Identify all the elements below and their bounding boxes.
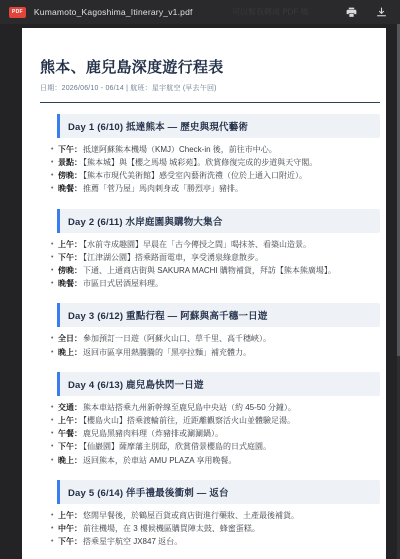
itinerary-item: •下午：【仙巖園】薩摩藩主別邸，欣賞借景櫻島的日式庭園。 bbox=[51, 440, 380, 453]
item-text: 下午：搭乘星宇航空 JX847 返台。 bbox=[58, 535, 182, 548]
day-5-header: Day 5 (6/14) 伴手禮最後衝刺 — 返台 bbox=[57, 480, 380, 504]
download-icon bbox=[375, 6, 388, 19]
item-label: 全日： bbox=[58, 334, 82, 343]
pdf-page: 熊本、鹿兒島深度遊行程表 日期：2026/06/10 - 06/14 | 航班：… bbox=[22, 28, 386, 559]
item-text: 晚上：返回熊本，於車站 AMU PLAZA 享用晚餐。 bbox=[58, 454, 236, 467]
item-body: 下通、上通商店街與 SAKURA MACHI 購物補貨，拜訪【熊本熊廣場】。 bbox=[83, 266, 336, 275]
bullet-icon: • bbox=[51, 169, 58, 182]
document-title: 熊本、鹿兒島深度遊行程表 bbox=[40, 59, 380, 78]
bullet-icon: • bbox=[51, 454, 58, 467]
itinerary-item: •晚上：返回市區享用熱騰騰的「黑亭拉麵」補充體力。 bbox=[51, 346, 380, 359]
item-text: 下午：抵達阿蘇熊本機場（KMJ）Check-in 後，前往市中心。 bbox=[58, 143, 277, 156]
itinerary-item: •全日：參加預訂一日遊（阿蘇火山口、草千里、高千穗峽）。 bbox=[51, 332, 380, 345]
itinerary-item: •傍晚：【熊本市現代美術館】感受室內藝術洗禮（位於上通入口附近）。 bbox=[51, 169, 380, 182]
item-label: 晚上： bbox=[58, 456, 82, 465]
day-2-header: Day 2 (6/11) 水岸庭園與購物大集合 bbox=[57, 209, 380, 233]
bullet-icon: • bbox=[51, 522, 58, 535]
file-info: PDF Kumamoto_Kagoshima_Itinerary_v1.pdf bbox=[9, 7, 193, 18]
day-4-items: •交通：熊本車站搭乘九州新幹線至鹿兒島中央站（約 45-50 分鐘）。 •上午：… bbox=[51, 401, 380, 467]
download-button[interactable] bbox=[374, 5, 388, 19]
item-body: 返回熊本，於車站 AMU PLAZA 享用晚餐。 bbox=[83, 456, 236, 465]
day-2-section: Day 2 (6/11) 水岸庭園與購物大集合 •上午：【水前寺成趣園】早晨在「… bbox=[40, 209, 380, 291]
item-label: 上午： bbox=[58, 240, 82, 249]
itinerary-item: •晚餐：推薦「菅乃屋」馬肉刺身或「勝烈亭」豬排。 bbox=[51, 182, 380, 195]
bullet-icon: • bbox=[51, 332, 58, 345]
bullet-icon: • bbox=[51, 143, 58, 156]
day-4-section: Day 4 (6/13) 鹿兒島快閃一日遊 •交通：熊本車站搭乘九州新幹線至鹿兒… bbox=[40, 372, 380, 467]
item-text: 全日：參加預訂一日遊（阿蘇火山口、草千里、高千穗峽）。 bbox=[58, 332, 271, 345]
itinerary-item: •景點：【熊本城】與【櫻之馬場 城彩苑】。欣賞修復完成的步道與天守閣。 bbox=[51, 156, 380, 169]
item-body: 推薦「菅乃屋」馬肉刺身或「勝烈亭」豬排。 bbox=[83, 184, 243, 193]
day-5-section: Day 5 (6/14) 伴手禮最後衝刺 — 返台 •上午：悠閒早餐後，於鶴屋百… bbox=[40, 480, 380, 549]
item-label: 中午： bbox=[58, 524, 82, 533]
itinerary-item: •交通：熊本車站搭乘九州新幹線至鹿兒島中央站（約 45-50 分鐘）。 bbox=[51, 401, 380, 414]
item-body: 返回市區享用熱騰騰的「黑亭拉麵」補充體力。 bbox=[83, 348, 251, 357]
item-text: 午餐：鹿兒島黑豬肉料理（炸豬排或涮涮鍋）。 bbox=[58, 427, 223, 440]
viewer-background: 熊本、鹿兒島深度遊行程表 日期：2026/06/10 - 06/14 | 航班：… bbox=[0, 24, 400, 559]
itinerary-item: •上午：【櫻島火山】搭乘渡輪前往，近距離觀察活火山並體驗足湯。 bbox=[51, 414, 380, 427]
day-3-items: •全日：參加預訂一日遊（阿蘇火山口、草千里、高千穗峽）。 •晚上：返回市區享用熱… bbox=[51, 332, 380, 358]
itinerary-item: •傍晚：下通、上通商店街與 SAKURA MACHI 購物補貨，拜訪【熊本熊廣場… bbox=[51, 264, 380, 277]
item-label: 午餐： bbox=[58, 429, 82, 438]
item-body: 【水前寺成趣園】早晨在「古今傳授之間」喝抹茶、看築山造景。 bbox=[83, 240, 311, 249]
item-text: 晚上：返回市區享用熱騰騰的「黑亭拉麵」補充體力。 bbox=[58, 346, 251, 359]
pdf-viewer-topbar: PDF Kumamoto_Kagoshima_Itinerary_v1.pdf … bbox=[0, 0, 400, 24]
itinerary-item: •中午：前往機場，在 3 樓候機區購買陣太鼓、蜂蜜蛋糕。 bbox=[51, 522, 380, 535]
item-label: 上午： bbox=[58, 416, 82, 425]
item-body: 【江津湖公園】搭乘路面電車，享受湧泉綠意散步。 bbox=[83, 253, 263, 262]
bullet-icon: • bbox=[51, 251, 58, 264]
itinerary-item: •上午：【水前寺成趣園】早晨在「古今傳授之間」喝抹茶、看築山造景。 bbox=[51, 238, 380, 251]
itinerary-item: •下午：抵達阿蘇熊本機場（KMJ）Check-in 後，前往市中心。 bbox=[51, 143, 380, 156]
bullet-icon: • bbox=[51, 238, 58, 251]
bullet-icon: • bbox=[51, 414, 58, 427]
bullet-icon: • bbox=[51, 346, 58, 359]
item-body: 參加預訂一日遊（阿蘇火山口、草千里、高千穗峽）。 bbox=[83, 334, 271, 343]
item-body: 抵達阿蘇熊本機場（KMJ）Check-in 後，前往市中心。 bbox=[83, 145, 277, 154]
item-label: 晚上： bbox=[58, 348, 82, 357]
item-body: 【熊本城】與【櫻之馬場 城彩苑】。欣賞修復完成的步道與天守閣。 bbox=[83, 158, 317, 167]
item-text: 上午：悠閒早餐後，於鶴屋百貨或商店街進行藥妝、土產最後補貨。 bbox=[58, 509, 299, 522]
item-label: 下午： bbox=[58, 253, 82, 262]
print-button[interactable] bbox=[344, 5, 358, 19]
bullet-icon: • bbox=[51, 427, 58, 440]
item-text: 交通：熊本車站搭乘九州新幹線至鹿兒島中央站（約 45-50 分鐘）。 bbox=[58, 401, 296, 414]
itinerary-item: •午餐：鹿兒島黑豬肉料理（炸豬排或涮涮鍋）。 bbox=[51, 427, 380, 440]
background-chat-text: 可以幫我轉成 PDF 嗎 bbox=[232, 7, 308, 18]
bullet-icon: • bbox=[51, 440, 58, 453]
item-body: 市區日式居酒屋料理。 bbox=[83, 279, 163, 288]
item-label: 晚餐： bbox=[58, 184, 82, 193]
day-1-items: •下午：抵達阿蘇熊本機場（KMJ）Check-in 後，前往市中心。 •景點：【… bbox=[51, 143, 380, 196]
bullet-icon: • bbox=[51, 535, 58, 548]
itinerary-item: •晚上：返回熊本，於車站 AMU PLAZA 享用晚餐。 bbox=[51, 454, 380, 467]
itinerary-item: •晚餐：市區日式居酒屋料理。 bbox=[51, 277, 380, 290]
day-2-items: •上午：【水前寺成趣園】早晨在「古今傳授之間」喝抹茶、看築山造景。 •下午：【江… bbox=[51, 238, 380, 291]
document-subtitle: 日期：2026/06/10 - 06/14 | 航班：星宇航空 (早去午回) bbox=[40, 83, 380, 93]
day-4-header: Day 4 (6/13) 鹿兒島快閃一日遊 bbox=[57, 372, 380, 396]
item-text: 中午：前往機場，在 3 樓候機區購買陣太鼓、蜂蜜蛋糕。 bbox=[58, 522, 260, 535]
day-1-header: Day 1 (6/10) 抵達熊本 — 歷史與現代藝術 bbox=[57, 114, 380, 138]
pdf-filename: Kumamoto_Kagoshima_Itinerary_v1.pdf bbox=[34, 7, 193, 17]
bullet-icon: • bbox=[51, 509, 58, 522]
item-label: 景點： bbox=[58, 158, 82, 167]
day-3-header: Day 3 (6/12) 重點行程 — 阿蘇與高千穗一日遊 bbox=[57, 303, 380, 327]
item-text: 景點：【熊本城】與【櫻之馬場 城彩苑】。欣賞修復完成的步道與天守閣。 bbox=[58, 156, 317, 169]
day-1-section: Day 1 (6/10) 抵達熊本 — 歷史與現代藝術 •下午：抵達阿蘇熊本機場… bbox=[40, 114, 380, 196]
item-text: 下午：【仙巖園】薩摩藩主別邸，欣賞借景櫻島的日式庭園。 bbox=[58, 440, 271, 453]
itinerary-item: •上午：悠閒早餐後，於鶴屋百貨或商店街進行藥妝、土產最後補貨。 bbox=[51, 509, 380, 522]
item-label: 交通： bbox=[58, 403, 82, 412]
itinerary-item: •下午：【江津湖公園】搭乘路面電車，享受湧泉綠意散步。 bbox=[51, 251, 380, 264]
item-text: 傍晚：【熊本市現代美術館】感受室內藝術洗禮（位於上通入口附近）。 bbox=[58, 169, 307, 182]
day-3-section: Day 3 (6/12) 重點行程 — 阿蘇與高千穗一日遊 •全日：參加預訂一日… bbox=[40, 303, 380, 358]
bullet-icon: • bbox=[51, 182, 58, 195]
item-text: 上午：【水前寺成趣園】早晨在「古今傳授之間」喝抹茶、看築山造景。 bbox=[58, 238, 311, 251]
item-body: 搭乘星宇航空 JX847 返台。 bbox=[83, 537, 182, 546]
item-label: 上午： bbox=[58, 511, 82, 520]
item-text: 晚餐：市區日式居酒屋料理。 bbox=[58, 277, 163, 290]
item-label: 傍晚： bbox=[58, 171, 82, 180]
item-text: 晚餐：推薦「菅乃屋」馬肉刺身或「勝烈亭」豬排。 bbox=[58, 182, 243, 195]
item-body: 【熊本市現代美術館】感受室內藝術洗禮（位於上通入口附近）。 bbox=[83, 171, 307, 180]
itinerary-item: •下午：搭乘星宇航空 JX847 返台。 bbox=[51, 535, 380, 548]
bullet-icon: • bbox=[51, 277, 58, 290]
item-label: 傍晚： bbox=[58, 266, 82, 275]
item-text: 傍晚：下通、上通商店街與 SAKURA MACHI 購物補貨，拜訪【熊本熊廣場】… bbox=[58, 264, 336, 277]
item-body: 熊本車站搭乘九州新幹線至鹿兒島中央站（約 45-50 分鐘）。 bbox=[83, 403, 296, 412]
item-label: 下午： bbox=[58, 145, 82, 154]
printer-icon bbox=[345, 6, 358, 19]
item-body: 【仙巖園】薩摩藩主別邸，欣賞借景櫻島的日式庭園。 bbox=[83, 442, 271, 451]
bullet-icon: • bbox=[51, 264, 58, 277]
item-text: 下午：【江津湖公園】搭乘路面電車，享受湧泉綠意散步。 bbox=[58, 251, 263, 264]
item-body: 鹿兒島黑豬肉料理（炸豬排或涮涮鍋）。 bbox=[83, 429, 223, 438]
title-divider bbox=[40, 102, 380, 103]
item-body: 前往機場，在 3 樓候機區購買陣太鼓、蜂蜜蛋糕。 bbox=[83, 524, 260, 533]
item-text: 上午：【櫻島火山】搭乘渡輪前往，近距離觀察活火山並體驗足湯。 bbox=[58, 414, 295, 427]
bullet-icon: • bbox=[51, 401, 58, 414]
item-label: 下午： bbox=[58, 537, 82, 546]
item-body: 悠閒早餐後，於鶴屋百貨或商店街進行藥妝、土產最後補貨。 bbox=[83, 511, 299, 520]
topbar-actions bbox=[344, 5, 388, 19]
item-label: 下午： bbox=[58, 442, 82, 451]
day-5-items: •上午：悠閒早餐後，於鶴屋百貨或商店街進行藥妝、土產最後補貨。 •中午：前往機場… bbox=[51, 509, 380, 549]
item-body: 【櫻島火山】搭乘渡輪前往，近距離觀察活火山並體驗足湯。 bbox=[83, 416, 295, 425]
pdf-file-icon: PDF bbox=[9, 7, 26, 18]
bullet-icon: • bbox=[51, 156, 58, 169]
item-label: 晚餐： bbox=[58, 279, 82, 288]
